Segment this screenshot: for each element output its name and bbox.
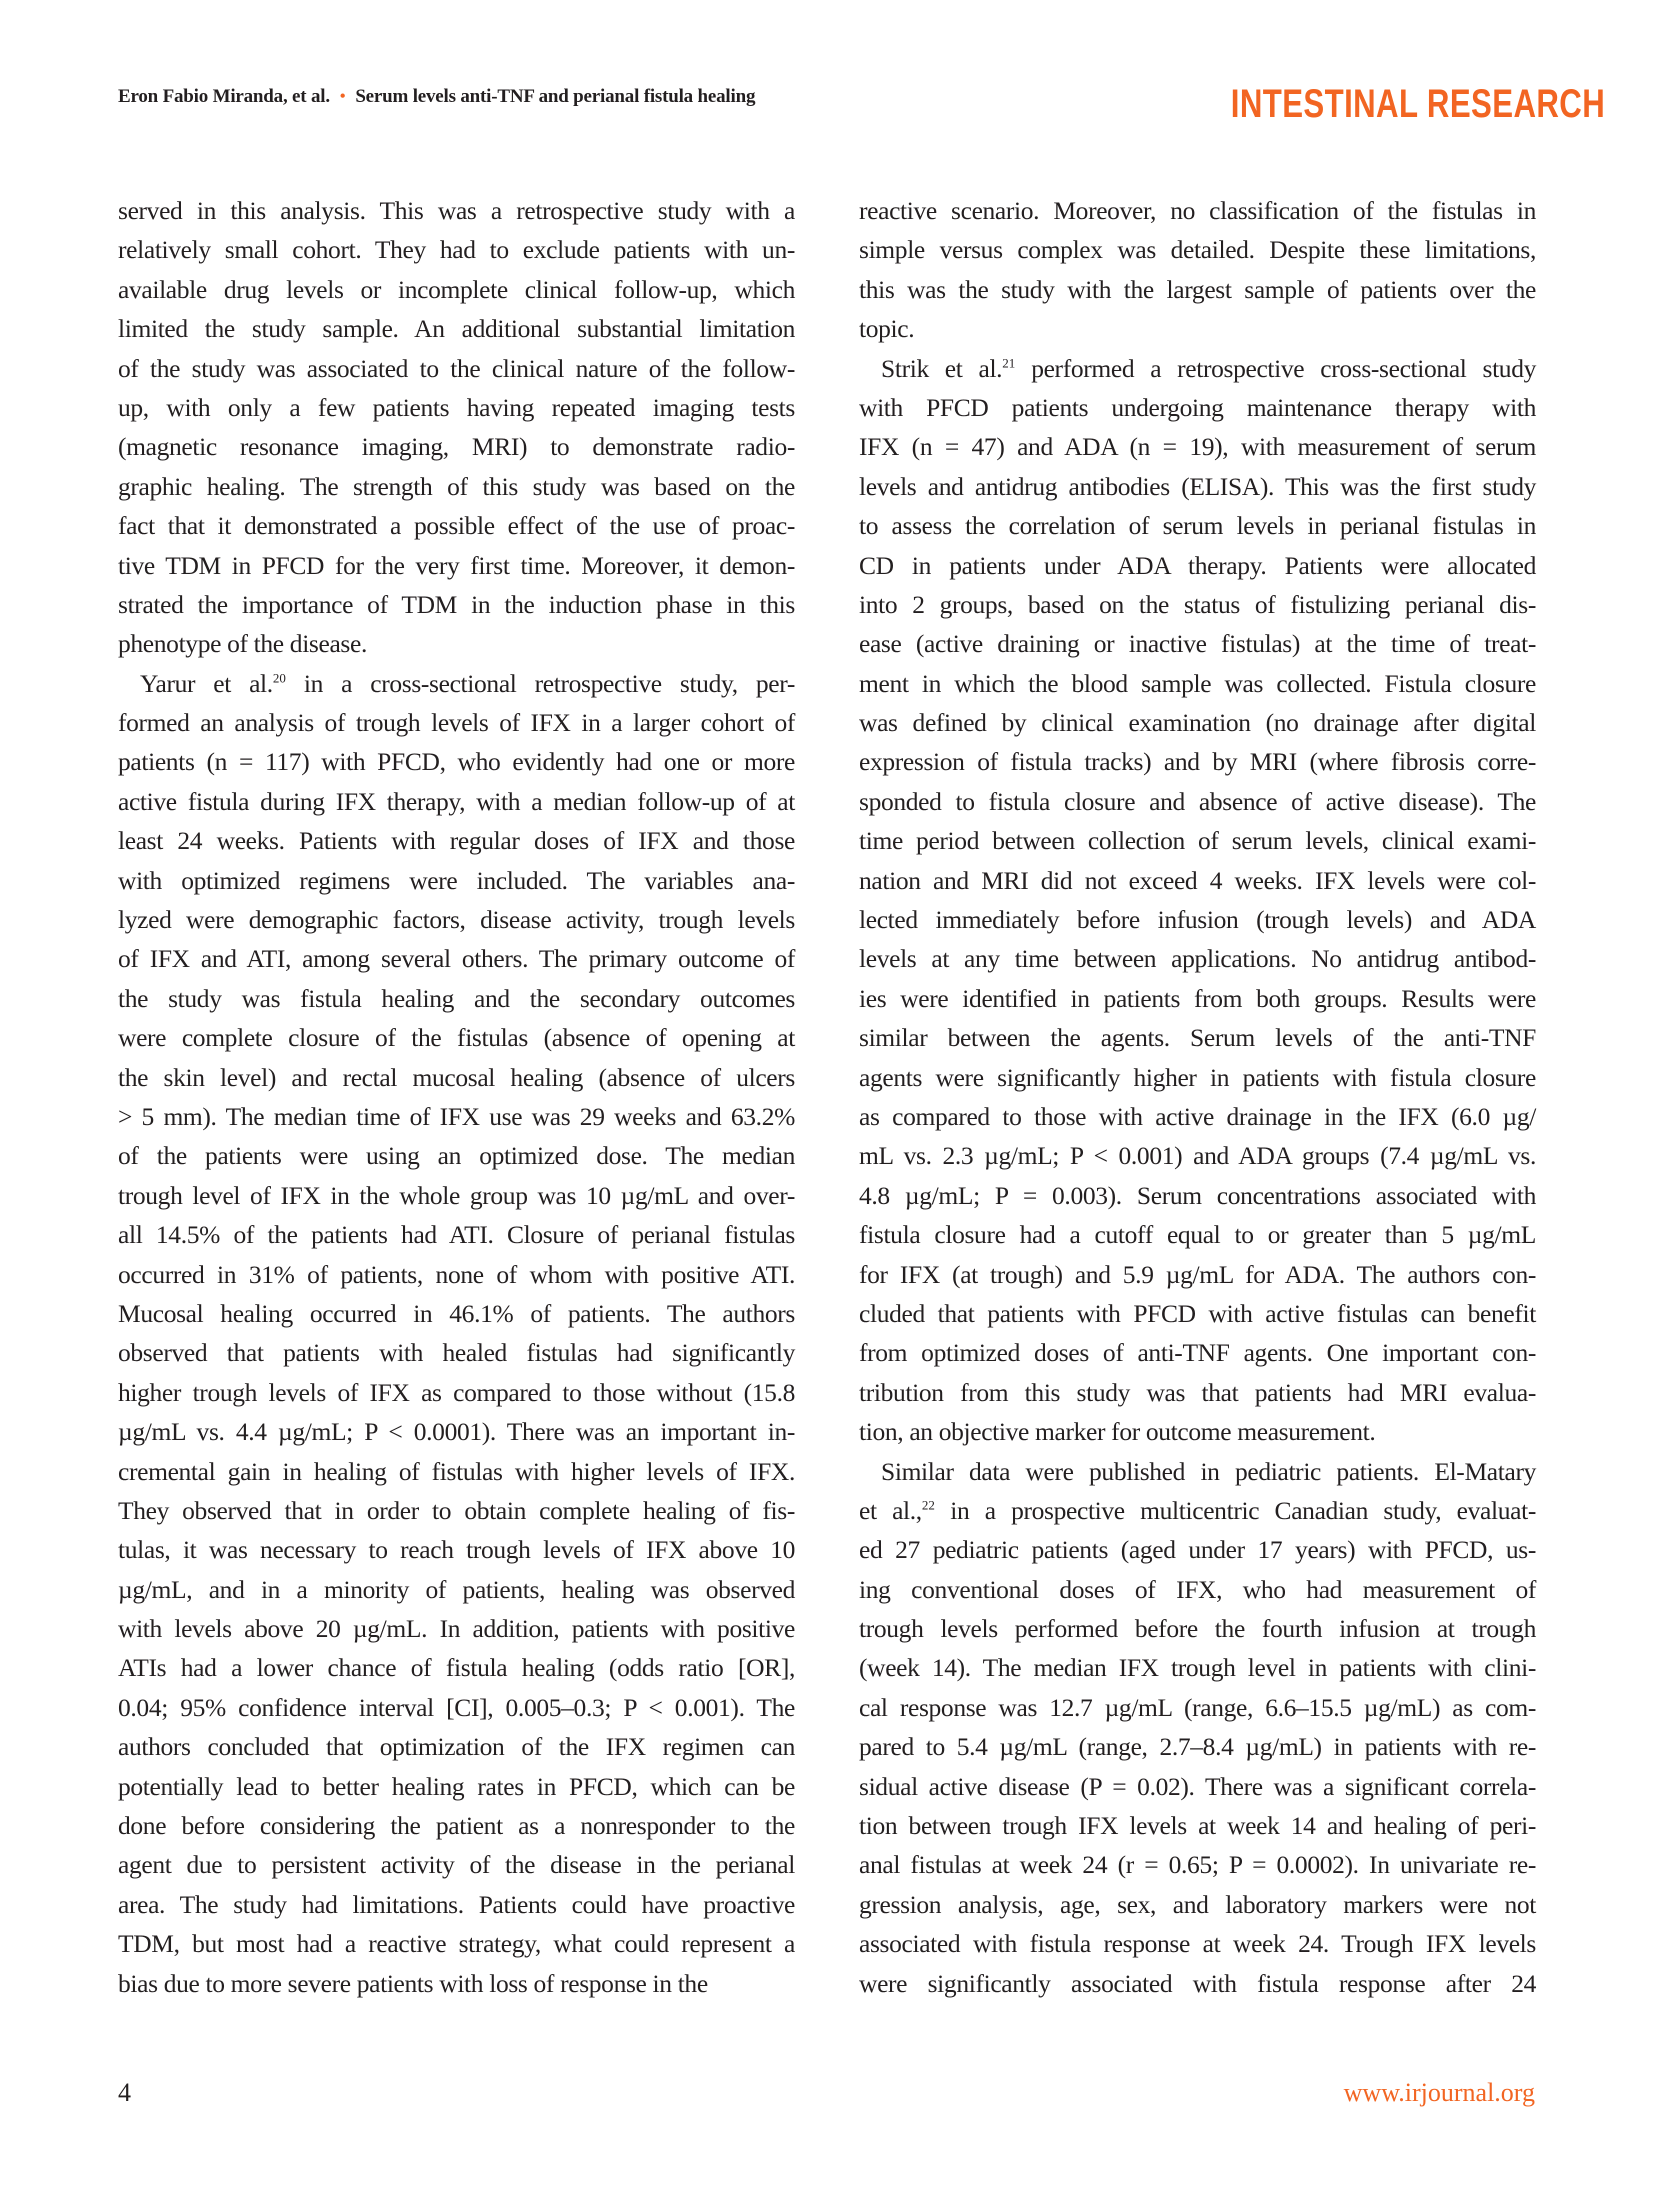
text-line: simple versus complex was detailed. Desp… (859, 230, 1536, 269)
text-line: agent due to persistent activity of the … (118, 1845, 795, 1884)
text-line: trough levels performed before the fourt… (859, 1609, 1536, 1648)
text-line: ed 27 pediatric patients (aged under 17 … (859, 1530, 1536, 1569)
text-line: fistula closure had a cutoff equal to or… (859, 1215, 1536, 1254)
text-line: (week 14). The median IFX trough level i… (859, 1648, 1536, 1687)
text-line: for IFX (at trough) and 5.9 µg/mL for AD… (859, 1255, 1536, 1294)
text-line: expression of fistula tracks) and by MRI… (859, 742, 1536, 781)
text-line: into 2 groups, based on the status of fi… (859, 585, 1536, 624)
text-segment: in a prospective multicentric Canadian s… (935, 1496, 1536, 1525)
text-line: observed that patients with healed fistu… (118, 1333, 795, 1372)
text-line: bias due to more severe patients with lo… (118, 1964, 795, 2003)
header-authors: Eron Fabio Miranda, et al. (118, 86, 330, 107)
text-line: phenotype of the disease. (118, 624, 795, 663)
text-line: topic. (859, 309, 1536, 348)
text-line: were significantly associated with fistu… (859, 1964, 1536, 2003)
text-line: were complete closure of the fistulas (a… (118, 1018, 795, 1057)
text-line: up, with only a few patients having repe… (118, 388, 795, 427)
text-line: Mucosal healing occurred in 46.1% of pat… (118, 1294, 795, 1333)
text-segment: performed a retrospective cross-sectiona… (1015, 354, 1536, 383)
text-line: Yarur et al.20 in a cross-sectional retr… (118, 664, 795, 703)
text-line: µg/mL vs. 4.4 µg/mL; P < 0.0001). There … (118, 1412, 795, 1451)
text-line: similar between the agents. Serum levels… (859, 1018, 1536, 1057)
text-line: reactive scenario. Moreover, no classifi… (859, 191, 1536, 230)
text-line: tulas, it was necessary to reach trough … (118, 1530, 795, 1569)
text-line: cluded that patients with PFCD with acti… (859, 1294, 1536, 1333)
text-line: sponded to fistula closure and absence o… (859, 782, 1536, 821)
text-line: with levels above 20 µg/mL. In addition,… (118, 1609, 795, 1648)
text-line: tribution from this study was that patie… (859, 1373, 1536, 1412)
citation-superscript: 22 (922, 1497, 935, 1512)
text-line: cremental gain in healing of fistulas wi… (118, 1452, 795, 1491)
page-number: 4 (118, 2078, 131, 2108)
text-line: of IFX and ATI, among several others. Th… (118, 939, 795, 978)
text-line: tion, an objective marker for outcome me… (859, 1412, 1536, 1451)
journal-name: INTESTINAL RESEARCH (1231, 82, 1535, 127)
text-line: the skin level) and rectal mucosal heali… (118, 1058, 795, 1097)
text-line: formed an analysis of trough levels of I… (118, 703, 795, 742)
text-line: relatively small cohort. They had to exc… (118, 230, 795, 269)
text-segment: Yarur et al. (140, 669, 273, 698)
right-column-body-text: reactive scenario. Moreover, no classifi… (859, 191, 1536, 2003)
text-line: to assess the correlation of serum level… (859, 506, 1536, 545)
text-line: area. The study had limitations. Patient… (118, 1885, 795, 1924)
text-line: Similar data were published in pediatric… (859, 1452, 1536, 1491)
text-line: limited the study sample. An additional … (118, 309, 795, 348)
text-line: nation and MRI did not exceed 4 weeks. I… (859, 861, 1536, 900)
text-line: fact that it demonstrated a possible eff… (118, 506, 795, 545)
text-line: tive TDM in PFCD for the very first time… (118, 546, 795, 585)
text-line: et al.,22 in a prospective multicentric … (859, 1491, 1536, 1530)
text-line: cal response was 12.7 µg/mL (range, 6.6–… (859, 1688, 1536, 1727)
text-line: ies were identified in patients from bot… (859, 979, 1536, 1018)
journal-url-link[interactable]: www.irjournal.org (1314, 2078, 1535, 2108)
text-line: µg/mL, and in a minority of patients, he… (118, 1570, 795, 1609)
text-segment: Strik et al. (881, 354, 1002, 383)
text-line: ATIs had a lower chance of fistula heali… (118, 1648, 795, 1687)
text-line: 0.04; 95% confidence interval [CI], 0.00… (118, 1688, 795, 1727)
text-line: trough level of IFX in the whole group w… (118, 1176, 795, 1215)
text-line: lyzed were demographic factors, disease … (118, 900, 795, 939)
text-line: sidual active disease (P = 0.02). There … (859, 1767, 1536, 1806)
text-line: TDM, but most had a reactive strategy, w… (118, 1924, 795, 1963)
citation-superscript: 20 (273, 670, 286, 685)
text-line: strated the importance of TDM in the ind… (118, 585, 795, 624)
text-line: ing conventional doses of IFX, who had m… (859, 1570, 1536, 1609)
text-line: this was the study with the largest samp… (859, 270, 1536, 309)
text-line: of the study was associated to the clini… (118, 349, 795, 388)
bullet-separator-icon: • (340, 88, 345, 105)
text-line: 4.8 µg/mL; P = 0.003). Serum concentrati… (859, 1176, 1536, 1215)
text-line: of the patients were using an optimized … (118, 1136, 795, 1175)
text-line: ease (active draining or inactive fistul… (859, 624, 1536, 663)
running-header: Eron Fabio Miranda, et al.•Serum levels … (118, 86, 755, 108)
header-running-title: Serum levels anti-TNF and perianal fistu… (355, 86, 755, 107)
text-line: mL vs. 2.3 µg/mL; P < 0.001) and ADA gro… (859, 1136, 1536, 1175)
text-line: > 5 mm). The median time of IFX use was … (118, 1097, 795, 1136)
text-line: time period between collection of serum … (859, 821, 1536, 860)
text-line: higher trough levels of IFX as compared … (118, 1373, 795, 1412)
text-line: IFX (n = 47) and ADA (n = 19), with meas… (859, 427, 1536, 466)
text-line: served in this analysis. This was a retr… (118, 191, 795, 230)
text-segment: et al., (859, 1496, 922, 1525)
text-line: all 14.5% of the patients had ATI. Closu… (118, 1215, 795, 1254)
text-line: available drug levels or incomplete clin… (118, 270, 795, 309)
text-line: active fistula during IFX therapy, with … (118, 782, 795, 821)
text-line: least 24 weeks. Patients with regular do… (118, 821, 795, 860)
text-line: agents were significantly higher in pati… (859, 1058, 1536, 1097)
text-line: CD in patients under ADA therapy. Patien… (859, 546, 1536, 585)
text-segment: in a cross-sectional retrospective study… (286, 669, 795, 698)
text-line: gression analysis, age, sex, and laborat… (859, 1885, 1536, 1924)
text-line: (magnetic resonance imaging, MRI) to dem… (118, 427, 795, 466)
text-line: with optimized regimens were included. T… (118, 861, 795, 900)
text-line: potentially lead to better healing rates… (118, 1767, 795, 1806)
text-line: tion between trough IFX levels at week 1… (859, 1806, 1536, 1845)
citation-superscript: 21 (1002, 355, 1015, 370)
text-line: lected immediately before infusion (trou… (859, 900, 1536, 939)
text-line: the study was fistula healing and the se… (118, 979, 795, 1018)
text-line: ment in which the blood sample was colle… (859, 664, 1536, 703)
text-line: associated with fistula response at week… (859, 1924, 1536, 1963)
text-line: done before considering the patient as a… (118, 1806, 795, 1845)
text-line: levels and antidrug antibodies (ELISA). … (859, 467, 1536, 506)
text-line: with PFCD patients undergoing maintenanc… (859, 388, 1536, 427)
text-line: authors concluded that optimization of t… (118, 1727, 795, 1766)
text-line: occurred in 31% of patients, none of who… (118, 1255, 795, 1294)
text-line: Strik et al.21 performed a retrospective… (859, 349, 1536, 388)
text-line: from optimized doses of anti-TNF agents.… (859, 1333, 1536, 1372)
text-line: They observed that in order to obtain co… (118, 1491, 795, 1530)
text-line: levels at any time between applications.… (859, 939, 1536, 978)
text-line: was defined by clinical examination (no … (859, 703, 1536, 742)
left-column-body-text: served in this analysis. This was a retr… (118, 191, 795, 2003)
text-line: pared to 5.4 µg/mL (range, 2.7–8.4 µg/mL… (859, 1727, 1536, 1766)
text-line: anal fistulas at week 24 (r = 0.65; P = … (859, 1845, 1536, 1884)
text-line: graphic healing. The strength of this st… (118, 467, 795, 506)
text-line: patients (n = 117) with PFCD, who eviden… (118, 742, 795, 781)
text-line: as compared to those with active drainag… (859, 1097, 1536, 1136)
